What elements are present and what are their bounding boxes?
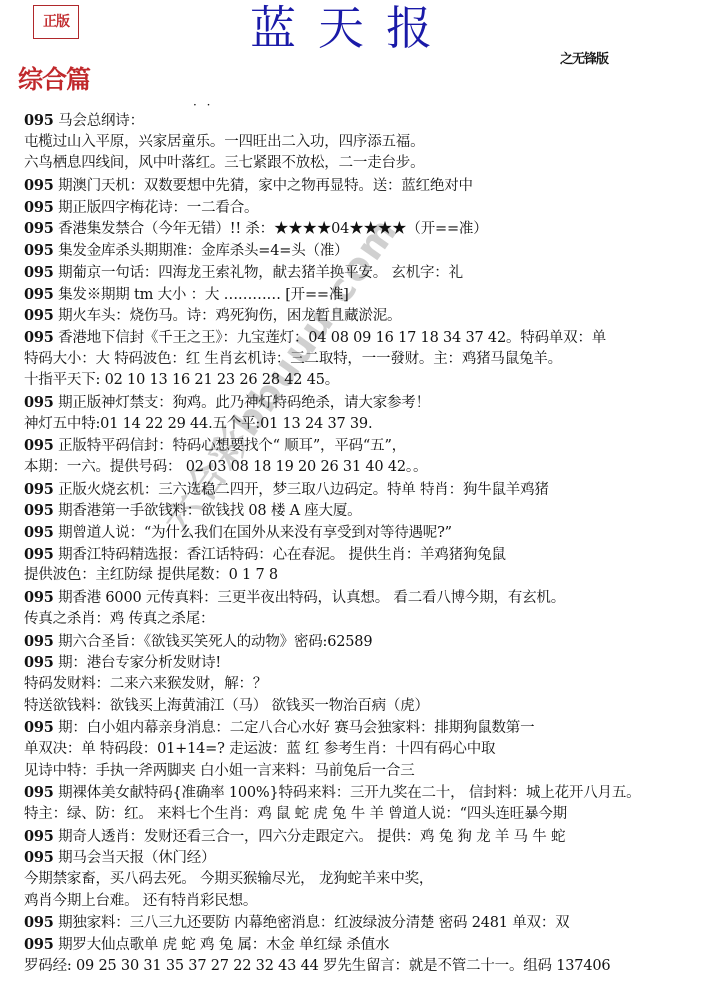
issue-number: 095	[24, 242, 54, 259]
line-text: 单双决：单 特码段：01+14=? 走运波：蓝 红 参考生肖：十四有码心中取	[24, 741, 495, 757]
line-text: 正版特平码信封：特码心想要找个“ 顺耳”，平码“五”，	[58, 438, 406, 454]
line-text: 鸡肖今期上台难。 还有特肖彩民想。	[24, 893, 257, 909]
text-line: 095 期奇人透肖：发财还看三合一，四六分走跟定六。 提供：鸡 兔 狗 龙 羊 …	[24, 826, 714, 848]
issue-number: 095	[24, 264, 54, 281]
article-body: 095 马会总纲诗：屯榄过山入平原，兴家居童乐。一四旺出二入功，四序添五福。六鸟…	[24, 110, 714, 978]
text-line: 095 期澳门天机：双数要想中先猜，家中之物再显特。送：蓝红绝对中	[24, 175, 714, 197]
line-text: 特码大小：大 特码波色：红 生肖玄机诗：三二取特，一一發财。主：鸡猪马鼠兔羊。	[24, 351, 562, 367]
line-text: 十指平天下: 02 10 13 16 21 23 26 28 42 45。	[24, 372, 339, 388]
line-text: 神灯五中特:01 14 22 29 44.五个平:01 13 24 37 39.	[24, 416, 372, 432]
text-line: 095 期曾道人说：“为什么我们在国外从来没有享受到对等待遇呢?”	[24, 522, 714, 544]
line-text: 特主：绿、防：红。 来料七个生肖：鸡 鼠 蛇 虎 兔 牛 羊 曾道人说：“四头连…	[24, 806, 567, 822]
line-text: 期正版神灯禁支：狗鸡。此乃神灯特码绝杀，请大家参考！	[58, 395, 430, 411]
text-line: 095 集发金库杀头期期准：金库杀头=4=头（准）	[24, 240, 714, 262]
line-text: 期奇人透肖：发财还看三合一，四六分走跟定六。 提供：鸡 兔 狗 龙 羊 马 牛 …	[58, 829, 565, 845]
text-line: 罗码经: 09 25 30 31 35 37 27 22 32 43 44 罗先…	[24, 956, 714, 978]
line-text: 期曾道人说：“为什么我们在国外从来没有享受到对等待遇呢?”	[58, 525, 452, 541]
text-line: 鸡肖今期上台难。 还有特肖彩民想。	[24, 891, 714, 913]
issue-number: 095	[24, 199, 54, 216]
line-text: 罗码经: 09 25 30 31 35 37 27 22 32 43 44 罗先…	[24, 958, 610, 974]
issue-number: 095	[24, 394, 54, 411]
text-line: 095 期：白小姐内幕亲身消息：二定八合心水好 赛马会独家料：排期狗鼠数第一	[24, 717, 714, 739]
line-text: 特码发财料：二来六来猴发财，解：？	[24, 676, 267, 692]
text-line: 095 期独家料：三八三九还要防 内幕绝密消息：红波绿波分清楚 密码 2481 …	[24, 912, 714, 934]
text-line: 神灯五中特:01 14 22 29 44.五个平:01 13 24 37 39.	[24, 414, 714, 436]
line-text: 期裸体美女献特码{准确率 100%}特码来料：三开九奖在二十， 信封料：城上花开…	[58, 785, 640, 801]
line-text: 期香港 6000 元传真料：三更半夜出特码，认真想。 看二看八博今期，有玄机。	[58, 590, 565, 606]
issue-number: 095	[24, 329, 54, 346]
line-text: 马会总纲诗：	[58, 113, 144, 129]
line-text: 期马会当天报（休门经）	[58, 850, 215, 866]
text-line: 本期：一六。提供号码： 02 03 08 18 19 20 26 31 40 4…	[24, 457, 714, 479]
issue-number: 095	[24, 502, 54, 519]
text-line: 屯榄过山入平原，兴家居童乐。一四旺出二入功，四序添五福。	[24, 132, 714, 154]
line-text: 期六合圣旨：《欲钱买笑死人的动物》密码:62589	[58, 634, 372, 650]
issue-number: 095	[24, 654, 54, 671]
text-line: 095 香港地下信封《千王之王》：九宝莲灯：04 08 09 16 17 18 …	[24, 327, 714, 349]
line-text: 期葡京一句话：四海龙王索礼物，献去猪羊换平安。 玄机字：礼	[58, 265, 463, 281]
issue-number: 095	[24, 524, 54, 541]
text-line: 095 马会总纲诗：	[24, 110, 714, 132]
newspaper-title: 蓝天报	[250, 2, 470, 56]
line-text: 正版火烧玄机：三六选稳二四开，梦三取八边码定。特单 特肖：狗牛鼠羊鸡猪	[58, 482, 549, 498]
text-line: 十指平天下: 02 10 13 16 21 23 26 28 42 45。	[24, 370, 714, 392]
issue-number: 095	[24, 546, 54, 563]
issue-number: 095	[24, 633, 54, 650]
line-text: 期：港台专家分析发财诗!	[58, 655, 221, 671]
issue-number: 095	[24, 220, 54, 237]
text-line: 095 期马会当天报（休门经）	[24, 847, 714, 869]
issue-number: 095	[24, 589, 54, 606]
text-line: 095 期正版神灯禁支：狗鸡。此乃神灯特码绝杀，请大家参考！	[24, 392, 714, 414]
issue-number: 095	[24, 828, 54, 845]
line-text: 提供波色：主红防绿 提供尾数：0 1 7 8	[24, 567, 278, 583]
text-line: 095 期香江特码精选报：香江话特码：心在春泥。 提供生肖：羊鸡猪狗兔鼠	[24, 544, 714, 566]
text-line: 095 集发※期期 tm 大小 ：大 ………… [开==准]	[24, 284, 714, 306]
genuine-edition-badge: 正版	[33, 5, 79, 39]
line-text: 期：白小姐内幕亲身消息：二定八合心水好 赛马会独家料：排期狗鼠数第一	[58, 720, 534, 736]
issue-number: 095	[24, 437, 54, 454]
line-text: 期澳门天机：双数要想中先猜，家中之物再显特。送：蓝红绝对中	[58, 178, 473, 194]
line-text: 传真之杀肖：鸡 传真之杀尾：	[24, 611, 214, 627]
text-line: 095 期裸体美女献特码{准确率 100%}特码来料：三开九奖在二十， 信封料：…	[24, 782, 714, 804]
text-line: 提供波色：主红防绿 提供尾数：0 1 7 8	[24, 565, 714, 587]
text-line: 今期禁家畜，买八码去死。 今期买猴输尽光， 龙狗蛇羊来中奖，	[24, 869, 714, 891]
text-line: 特码大小：大 特码波色：红 生肖玄机诗：三二取特，一一發财。主：鸡猪马鼠兔羊。	[24, 349, 714, 371]
line-text: 特送欲钱料：欲钱买上海黄浦江（马） 欲钱买一物治百病（虎）	[24, 698, 429, 714]
issue-number: 095	[24, 914, 54, 931]
issue-number: 095	[24, 936, 54, 953]
edition-label: 之无锋版	[560, 48, 608, 67]
text-line: 095 期香港 6000 元传真料：三更半夜出特码，认真想。 看二看八博今期，有…	[24, 587, 714, 609]
line-text: 本期：一六。提供号码： 02 03 08 18 19 20 26 31 40 4…	[24, 459, 427, 475]
text-line: 095 期：港台专家分析发财诗!	[24, 652, 714, 674]
text-line: 095 香港集发禁合（今年无错）!! 杀：★★★★04★★★★（开==准）	[24, 218, 714, 240]
text-line: 六鸟栖息四线间，风中叶落红。三七紧跟不放松，二一走台步。	[24, 153, 714, 175]
text-line: 095 期罗大仙点歌单 虎 蛇 鸡 兔 属：木金 单红绿 杀值水	[24, 934, 714, 956]
issue-number: 095	[24, 784, 54, 801]
line-text: 期独家料：三八三九还要防 内幕绝密消息：红波绿波分清楚 密码 2481 单双：双	[58, 915, 569, 931]
issue-number: 095	[24, 719, 54, 736]
text-line: 095 期葡京一句话：四海龙王索礼物，献去猪羊换平安。 玄机字：礼	[24, 262, 714, 284]
text-line: 传真之杀肖：鸡 传真之杀尾：	[24, 609, 714, 631]
text-line: 095 期正版四字梅花诗：一二看合。	[24, 197, 714, 219]
issue-number: 095	[24, 481, 54, 498]
text-line: 单双决：单 特码段：01+14=? 走运波：蓝 红 参考生肖：十四有码心中取	[24, 739, 714, 761]
text-line: 095 期香港第一手欲钱料：欲钱找 08 楼 A 座大厦。	[24, 500, 714, 522]
text-line: 095 正版火烧玄机：三六选稳二四开，梦三取八边码定。特单 特肖：狗牛鼠羊鸡猪	[24, 479, 714, 501]
line-text: 集发※期期 tm 大小 ：大 ………… [开==准]	[58, 287, 349, 303]
line-text: 期香港第一手欲钱料：欲钱找 08 楼 A 座大厦。	[58, 503, 361, 519]
issue-number: 095	[24, 307, 54, 324]
text-line: 特送欲钱料：欲钱买上海黄浦江（马） 欲钱买一物治百病（虎）	[24, 696, 714, 718]
issue-number: 095	[24, 112, 54, 129]
section-title: 综合篇	[18, 60, 90, 96]
line-text: 屯榄过山入平原，兴家居童乐。一四旺出二入功，四序添五福。	[24, 134, 424, 150]
line-text: 期香江特码精选报：香江话特码：心在春泥。 提供生肖：羊鸡猪狗兔鼠	[58, 547, 506, 563]
line-text: 期火车头：烧伤马。诗：鸡死狗伤，困龙暂且藏淤泥。	[58, 308, 401, 324]
line-text: 六鸟栖息四线间，风中叶落红。三七紧跟不放松，二一走台步。	[24, 155, 424, 171]
issue-number: 095	[24, 286, 54, 303]
text-line: 095 期火车头：烧伤马。诗：鸡死狗伤，困龙暂且藏淤泥。	[24, 305, 714, 327]
line-text: 期罗大仙点歌单 虎 蛇 鸡 兔 属：木金 单红绿 杀值水	[58, 937, 389, 953]
text-line: 见诗中特：手执一斧两脚夹 白小姐一言来料：马前兔后一合三	[24, 761, 714, 783]
text-line: 特码发财料：二来六来猴发财，解：？	[24, 674, 714, 696]
line-text: 见诗中特：手执一斧两脚夹 白小姐一言来料：马前兔后一合三	[24, 763, 415, 779]
line-text: 今期禁家畜，买八码去死。 今期买猴输尽光， 龙狗蛇羊来中奖，	[24, 871, 433, 887]
issue-number: 095	[24, 177, 54, 194]
text-line: 095 期六合圣旨：《欲钱买笑死人的动物》密码:62589	[24, 631, 714, 653]
issue-number: 095	[24, 849, 54, 866]
line-text: 香港地下信封《千王之王》：九宝莲灯：04 08 09 16 17 18 34 3…	[58, 330, 606, 346]
line-text: 集发金库杀头期期准：金库杀头=4=头（准）	[58, 243, 348, 259]
text-line: 特主：绿、防：红。 来料七个生肖：鸡 鼠 蛇 虎 兔 牛 羊 曾道人说：“四头连…	[24, 804, 714, 826]
line-text: 香港集发禁合（今年无错）!! 杀：★★★★04★★★★（开==准）	[58, 221, 487, 237]
text-line: 095 正版特平码信封：特码心想要找个“ 顺耳”，平码“五”，	[24, 435, 714, 457]
line-text: 期正版四字梅花诗：一二看合。	[58, 200, 258, 216]
